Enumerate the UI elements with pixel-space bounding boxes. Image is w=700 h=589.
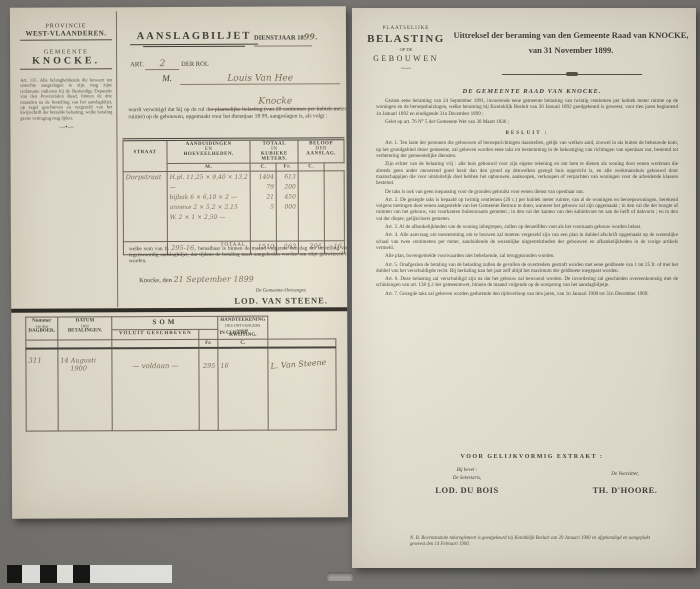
cell-signature: L. Van Steene — [268, 347, 336, 429]
cell-nummer: 311 — [26, 349, 58, 431]
province-name: WEST-VLAANDEREN. — [20, 29, 112, 40]
article-5: Art. 5. Onafgezien de betaling van de be… — [376, 262, 678, 275]
scale-segment-black — [40, 565, 57, 583]
amount-note: welke som van fr. 295-16, betaalbaar is … — [129, 244, 349, 265]
council-heading: DE GEMEENTE RAAD VAN KNOCKE. — [412, 88, 652, 95]
gray-reference-chip — [327, 572, 353, 581]
article-6: Art. 6. Deze belasting zal verschuldigd … — [376, 276, 678, 289]
place-label: Knocke, den — [139, 277, 172, 284]
payment-table: Nummervan denDAGBOEK. DATUMDERBETALINGEN… — [25, 315, 336, 431]
table-header-row: STRAAT AANDUIDINGENENHOEVEELHEDEN. TOTAA… — [123, 139, 344, 164]
blank-sub2 — [58, 340, 112, 349]
dienstjaar-handwritten: 99. — [304, 31, 318, 41]
right-title-block: Uittreksel der beraming van den Gemeente… — [452, 30, 690, 56]
scale-segment-black — [7, 565, 22, 583]
dienstjaar-underline — [254, 45, 312, 46]
paragraph-gelet: Gelet op art. 76 N° 5 der Gemeente Wet v… — [376, 119, 678, 125]
margin-line-plaatselijke: PLAATSELIJKE — [362, 26, 450, 31]
chairman-name: TH. D'HOORE. — [572, 485, 678, 495]
sub-fr2: Fr. — [199, 339, 218, 348]
margin-line-opde: OP DE — [362, 47, 450, 52]
cell-meters: 1404 79 21 5 — [250, 171, 276, 241]
blank-sub3 — [112, 339, 198, 348]
sub-c3: C. — [218, 339, 268, 348]
cell-dimensions: H.pl. 11,25 × 9,40 × 13,2 — bijbak 6 × 6… — [167, 171, 251, 241]
cell-c: 16 — [218, 348, 268, 430]
art-number-handwritten: 2 — [160, 59, 166, 69]
amount-handwritten: 295-16, — [171, 244, 196, 252]
blank-sub1 — [26, 340, 58, 349]
addressee-label: M. — [162, 73, 172, 83]
col-aanduidingen: AANDUIDINGENENHOEVEELHEDEN. — [167, 139, 251, 163]
dims-row-2: annexe 2 × 5,2 × 2,15 — [170, 203, 248, 213]
dims-row-3: W. 2 × 1 × 2,50 — — [170, 213, 248, 223]
scale-segment-white — [22, 565, 40, 583]
cell-street: Dorpstraat — [123, 172, 167, 242]
archive-photo-canvas: PROVINCIE WEST-VLAANDEREN. GEMEENTE KNOC… — [0, 0, 700, 589]
article-4: Art. 4. Alle aanvraag om toestemming om … — [376, 232, 678, 251]
col-beloop: BELOOPDERAANSLAG. — [298, 139, 344, 163]
art-label: ART. — [130, 61, 144, 68]
col-voluit: VOLUIT GESCHREVEN — [112, 330, 198, 340]
margin-ornament-right: ~·~ — [362, 65, 450, 73]
addressee-name-handwritten: Louis Van Hee — [227, 74, 293, 84]
signer-name: LOD. VAN STEENE. — [211, 295, 351, 306]
cell-beloop-fr — [298, 171, 324, 241]
margin-divider-rule — [116, 11, 118, 307]
assessment-table: STRAAT AANDUIDINGENENHOEVEELHEDEN. TOTAA… — [122, 137, 345, 255]
col-totaal: TOTAALINKUBIEKE METERS. — [250, 139, 298, 163]
place-date-line: Knocke, den 21 September 1899 — [139, 275, 254, 285]
chairman-role: De Voorzitter, — [580, 472, 670, 477]
dims-row-1: bijbak 6 × 6,10 × 2 — — [170, 193, 248, 203]
dienstjaar-label: DIENSTJAAR 18 — [254, 34, 304, 41]
addressee-place-handwritten: Knocke — [258, 97, 292, 107]
col-som: SOM — [112, 316, 218, 330]
article-7: Art. 7. Gezegde taks zal geheven worden … — [376, 291, 678, 297]
scale-segment-white — [57, 565, 73, 583]
left-margin-column: PROVINCIE WEST-VLAANDEREN. GEMEENTE KNOC… — [20, 23, 112, 131]
dims-row-0: H.pl. 11,25 × 9,40 × 13,2 — — [170, 173, 249, 193]
col-straat: STRAAT — [123, 140, 167, 172]
margin-line-gebouwen: GEBOUWEN — [362, 54, 450, 63]
sub-c: C. — [250, 163, 276, 171]
document-aanslagbiljet: PROVINCIE WEST-VLAANDEREN. GEMEENTE KNOC… — [10, 6, 348, 518]
sub-c2: C. — [298, 163, 324, 171]
besluit-heading: BESLUIT : — [376, 130, 678, 136]
margin-legal-text: Art. 135. Alle belanghebbende die beweer… — [20, 77, 112, 121]
secretary-role: De Sekretaris, — [422, 476, 512, 481]
margin-ornament: —•— — [20, 125, 112, 131]
secretary-name: LOD. DU BOIS — [414, 485, 520, 495]
table-body-row: Dorpstraat H.pl. 11,25 × 9,40 × 13,2 — b… — [123, 171, 344, 242]
signer-role: De Gemeente-Ontvanger, — [211, 288, 351, 294]
cell-voluit: — voldaan — — [112, 348, 199, 430]
col-datum: DATUMDERBETALINGEN. — [58, 317, 113, 340]
payment-body-row: 311 14 Augusti 1900 — voldaan — 295 16 L… — [26, 347, 336, 430]
blank-sub4 — [268, 339, 336, 348]
extract-heading: VOOR GELIJKVORMIG EXTRAKT : — [412, 454, 652, 460]
photographic-scale-bar — [7, 565, 172, 583]
bij-bevel-label: Bij bevel : — [422, 468, 512, 473]
article-1b: Zijn echter van de belasting vrij : alle… — [376, 161, 678, 186]
scale-segment-black — [73, 565, 90, 583]
date-handwritten: 21 September 1899 — [174, 275, 254, 284]
article-4b: Alle plan, bovengemelde voorwaarden niet… — [376, 253, 678, 259]
sub-fr: Fr. — [276, 163, 298, 171]
article-2: Art. 2. De gezegde taks is bepaald op tw… — [376, 197, 678, 222]
payment-header-row1: Nummervan denDAGBOEK. DATUMDERBETALINGEN… — [26, 316, 336, 331]
dienstjaar-line: DIENSTJAAR 1899. — [254, 31, 346, 48]
cell-beloop-c — [324, 171, 344, 241]
approval-footnote: N. B. Bovenstaande taksreglement is goed… — [410, 536, 650, 548]
margin-line-belasting: BELASTING — [362, 33, 450, 45]
cell-datum: 14 Augusti 1900 — [58, 348, 113, 430]
col-cijfers: IN CIJFERS — [199, 329, 268, 339]
addressee-underline: Louis Van Hee — [180, 72, 340, 85]
col-nummer: Nummervan denDAGBOEK. — [26, 317, 58, 340]
article-1c: De taks is ook van geen toepassing voor … — [376, 189, 678, 195]
cell-centimeters: 613 200 450 000 — [276, 171, 298, 241]
addressee-line: M. Louis Van Hee — [162, 72, 340, 85]
der-rol-label: DER ROL — [181, 61, 209, 68]
art-line: ART. 2 DER ROL — [130, 59, 209, 70]
resolution-body: Gezien eene beraming van 24 September 18… — [376, 98, 678, 450]
cell-fr: 295 — [199, 348, 219, 430]
title-flourish-divider — [502, 74, 642, 75]
scale-segment-white-long — [90, 565, 172, 583]
document-title: AANSLAGBILJET — [130, 31, 258, 46]
art-underline: 2 — [146, 59, 180, 70]
article-3: Art. 3. Al de afhankelijkheden van de wo… — [376, 224, 678, 230]
gemeente-name: KNOCKE. — [20, 55, 112, 69]
title-line-1: Uittreksel der beraming van den Gemeente… — [452, 30, 690, 41]
section-separator-band — [11, 307, 347, 312]
title-line-2: van 31 November 1899. — [452, 45, 690, 56]
right-margin-block: PLAATSELIJKE BELASTING OP DE GEBOUWEN ~·… — [362, 26, 450, 73]
document-uittreksel: PLAATSELIJKE BELASTING OP DE GEBOUWEN ~·… — [352, 8, 696, 568]
paragraph-gezien: Gezien eene beraming van 24 September 18… — [376, 98, 678, 117]
notice-paragraph: wordt verwittigd dat hij op de rol der p… — [128, 106, 346, 120]
article-1: Art. 1. Ten laste der personen die gebou… — [376, 140, 678, 159]
